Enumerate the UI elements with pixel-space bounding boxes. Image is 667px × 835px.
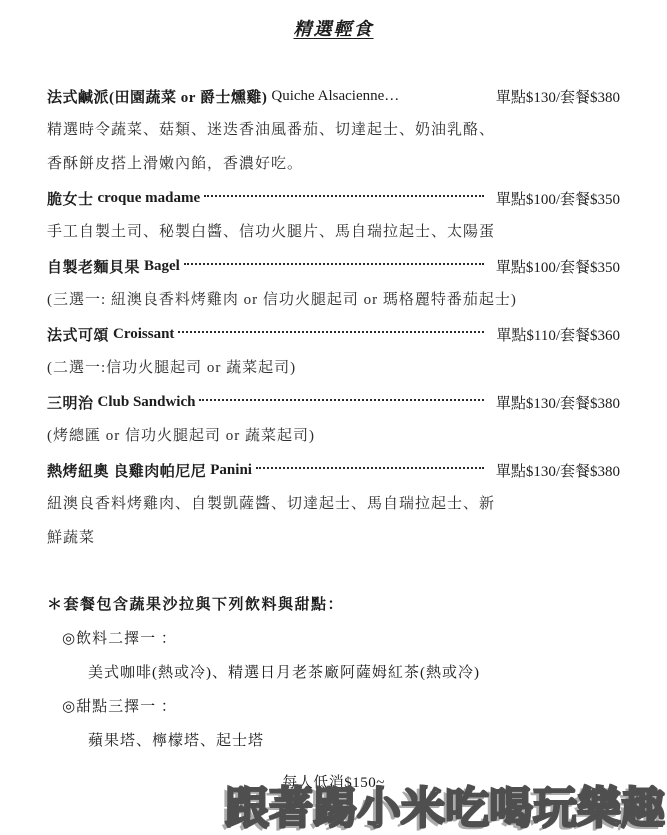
item-description: (二選一:信功火腿起司 or 蔬菜起司) [47, 351, 620, 385]
dotted-leader [204, 195, 484, 197]
desserts-options: 蘋果塔、檸檬塔、起士塔 [47, 724, 620, 758]
dotted-leader [178, 331, 484, 333]
item-price: 單點$130/套餐$380 [496, 392, 620, 413]
item-price: 單點$100/套餐$350 [496, 256, 620, 277]
item-name: 熱烤紐奧 良雞肉帕尼尼 [47, 460, 206, 481]
item-name: 三明治 [47, 392, 94, 413]
item-name: 脆女士 [47, 188, 94, 209]
menu-item: 法式可頌 Croissant 單點$110/套餐$360 (二選一:信功火腿起司… [47, 317, 620, 385]
menu-item-head: 法式鹹派(田園蔬菜 or 爵士燻雞) Quiche Alsacienne… 單點… [47, 79, 620, 113]
item-price: 單點$130/套餐$380 [496, 86, 620, 107]
page-title: 精選輕食 [47, 14, 620, 44]
item-description: 手工自製土司、秘製白醬、信功火腿片、馬自瑞拉起士、太陽蛋 [47, 215, 620, 249]
watermark-text: 跟著踢小米吃喝玩樂趣 [225, 784, 665, 835]
menu-item-head: 法式可頌 Croissant 單點$110/套餐$360 [47, 317, 620, 351]
item-description: 紐澳良香料烤雞肉、自製凱薩醬、切達起士、馬自瑞拉起士、新 [47, 487, 620, 521]
item-price: 單點$130/套餐$380 [496, 460, 620, 481]
page-title-text: 精選輕食 [294, 19, 374, 39]
menu-item: 三明治 Club Sandwich 單點$130/套餐$380 (烤總匯 or … [47, 385, 620, 453]
item-name-en: croque madame [98, 190, 201, 207]
item-description: (烤總匯 or 信功火腿起司 or 蔬菜起司) [47, 419, 620, 453]
menu-item: 自製老麵貝果 Bagel 單點$100/套餐$350 (三選一: 紐澳良香料烤雞… [47, 249, 620, 317]
dotted-leader [199, 399, 483, 401]
menu-list: 法式鹹派(田園蔬菜 or 爵士燻雞) Quiche Alsacienne… 單點… [47, 79, 620, 555]
drinks-label: ◎飲料二擇一 ： [47, 622, 620, 656]
item-name: 法式可頌 [47, 324, 109, 345]
menu-item-head: 脆女士 croque madame 單點$100/套餐$350 [47, 181, 620, 215]
item-description: (三選一: 紐澳良香料烤雞肉 or 信功火腿起司 or 瑪格麗特番茄起士) [47, 283, 620, 317]
menu-item-head: 自製老麵貝果 Bagel 單點$100/套餐$350 [47, 249, 620, 283]
menu-item: 法式鹹派(田園蔬菜 or 爵士燻雞) Quiche Alsacienne… 單點… [47, 79, 620, 181]
set-meal-notes: ＊套餐包含蔬果沙拉與下列飲料與甜點： ◎飲料二擇一 ： 美式咖啡(熱或冷)、精選… [47, 588, 620, 758]
item-name-en: Bagel [144, 258, 180, 275]
item-name-en: Panini [210, 462, 252, 479]
item-price: 單點$100/套餐$350 [496, 188, 620, 209]
item-name-en: Quiche Alsacienne… [271, 88, 399, 105]
desserts-label: ◎甜點三擇一 ： [47, 690, 620, 724]
menu-item-head: 熱烤紐奧 良雞肉帕尼尼 Panini 單點$130/套餐$380 [47, 453, 620, 487]
menu-page: 精選輕食 法式鹹派(田園蔬菜 or 爵士燻雞) Quiche Alsacienn… [0, 0, 667, 835]
menu-item-head: 三明治 Club Sandwich 單點$130/套餐$380 [47, 385, 620, 419]
item-name-en: Club Sandwich [98, 394, 196, 411]
item-name: 法式鹹派(田園蔬菜 or 爵士燻雞) [47, 86, 267, 107]
menu-item: 脆女士 croque madame 單點$100/套餐$350 手工自製土司、秘… [47, 181, 620, 249]
item-name-en: Croissant [113, 326, 174, 343]
item-description: 精選時令蔬菜、菇類、迷迭香油風番茄、切達起士、奶油乳酪、 [47, 113, 620, 147]
item-name: 自製老麵貝果 [47, 256, 140, 277]
dotted-leader [184, 263, 484, 265]
item-description: 香酥餅皮搭上滑嫩內餡，香濃好吃。 [47, 147, 620, 181]
dotted-leader [256, 467, 484, 469]
menu-item: 熱烤紐奧 良雞肉帕尼尼 Panini 單點$130/套餐$380 紐澳良香料烤雞… [47, 453, 620, 555]
drinks-options: 美式咖啡(熱或冷)、精選日月老茶廠阿薩姆紅茶(熱或冷) [47, 656, 620, 690]
notes-header: ＊套餐包含蔬果沙拉與下列飲料與甜點： [47, 588, 620, 622]
menu-content: 精選輕食 法式鹹派(田園蔬菜 or 爵士燻雞) Quiche Alsacienn… [0, 0, 667, 800]
item-description: 鮮蔬菜 [47, 521, 620, 555]
item-price: 單點$110/套餐$360 [496, 324, 620, 345]
